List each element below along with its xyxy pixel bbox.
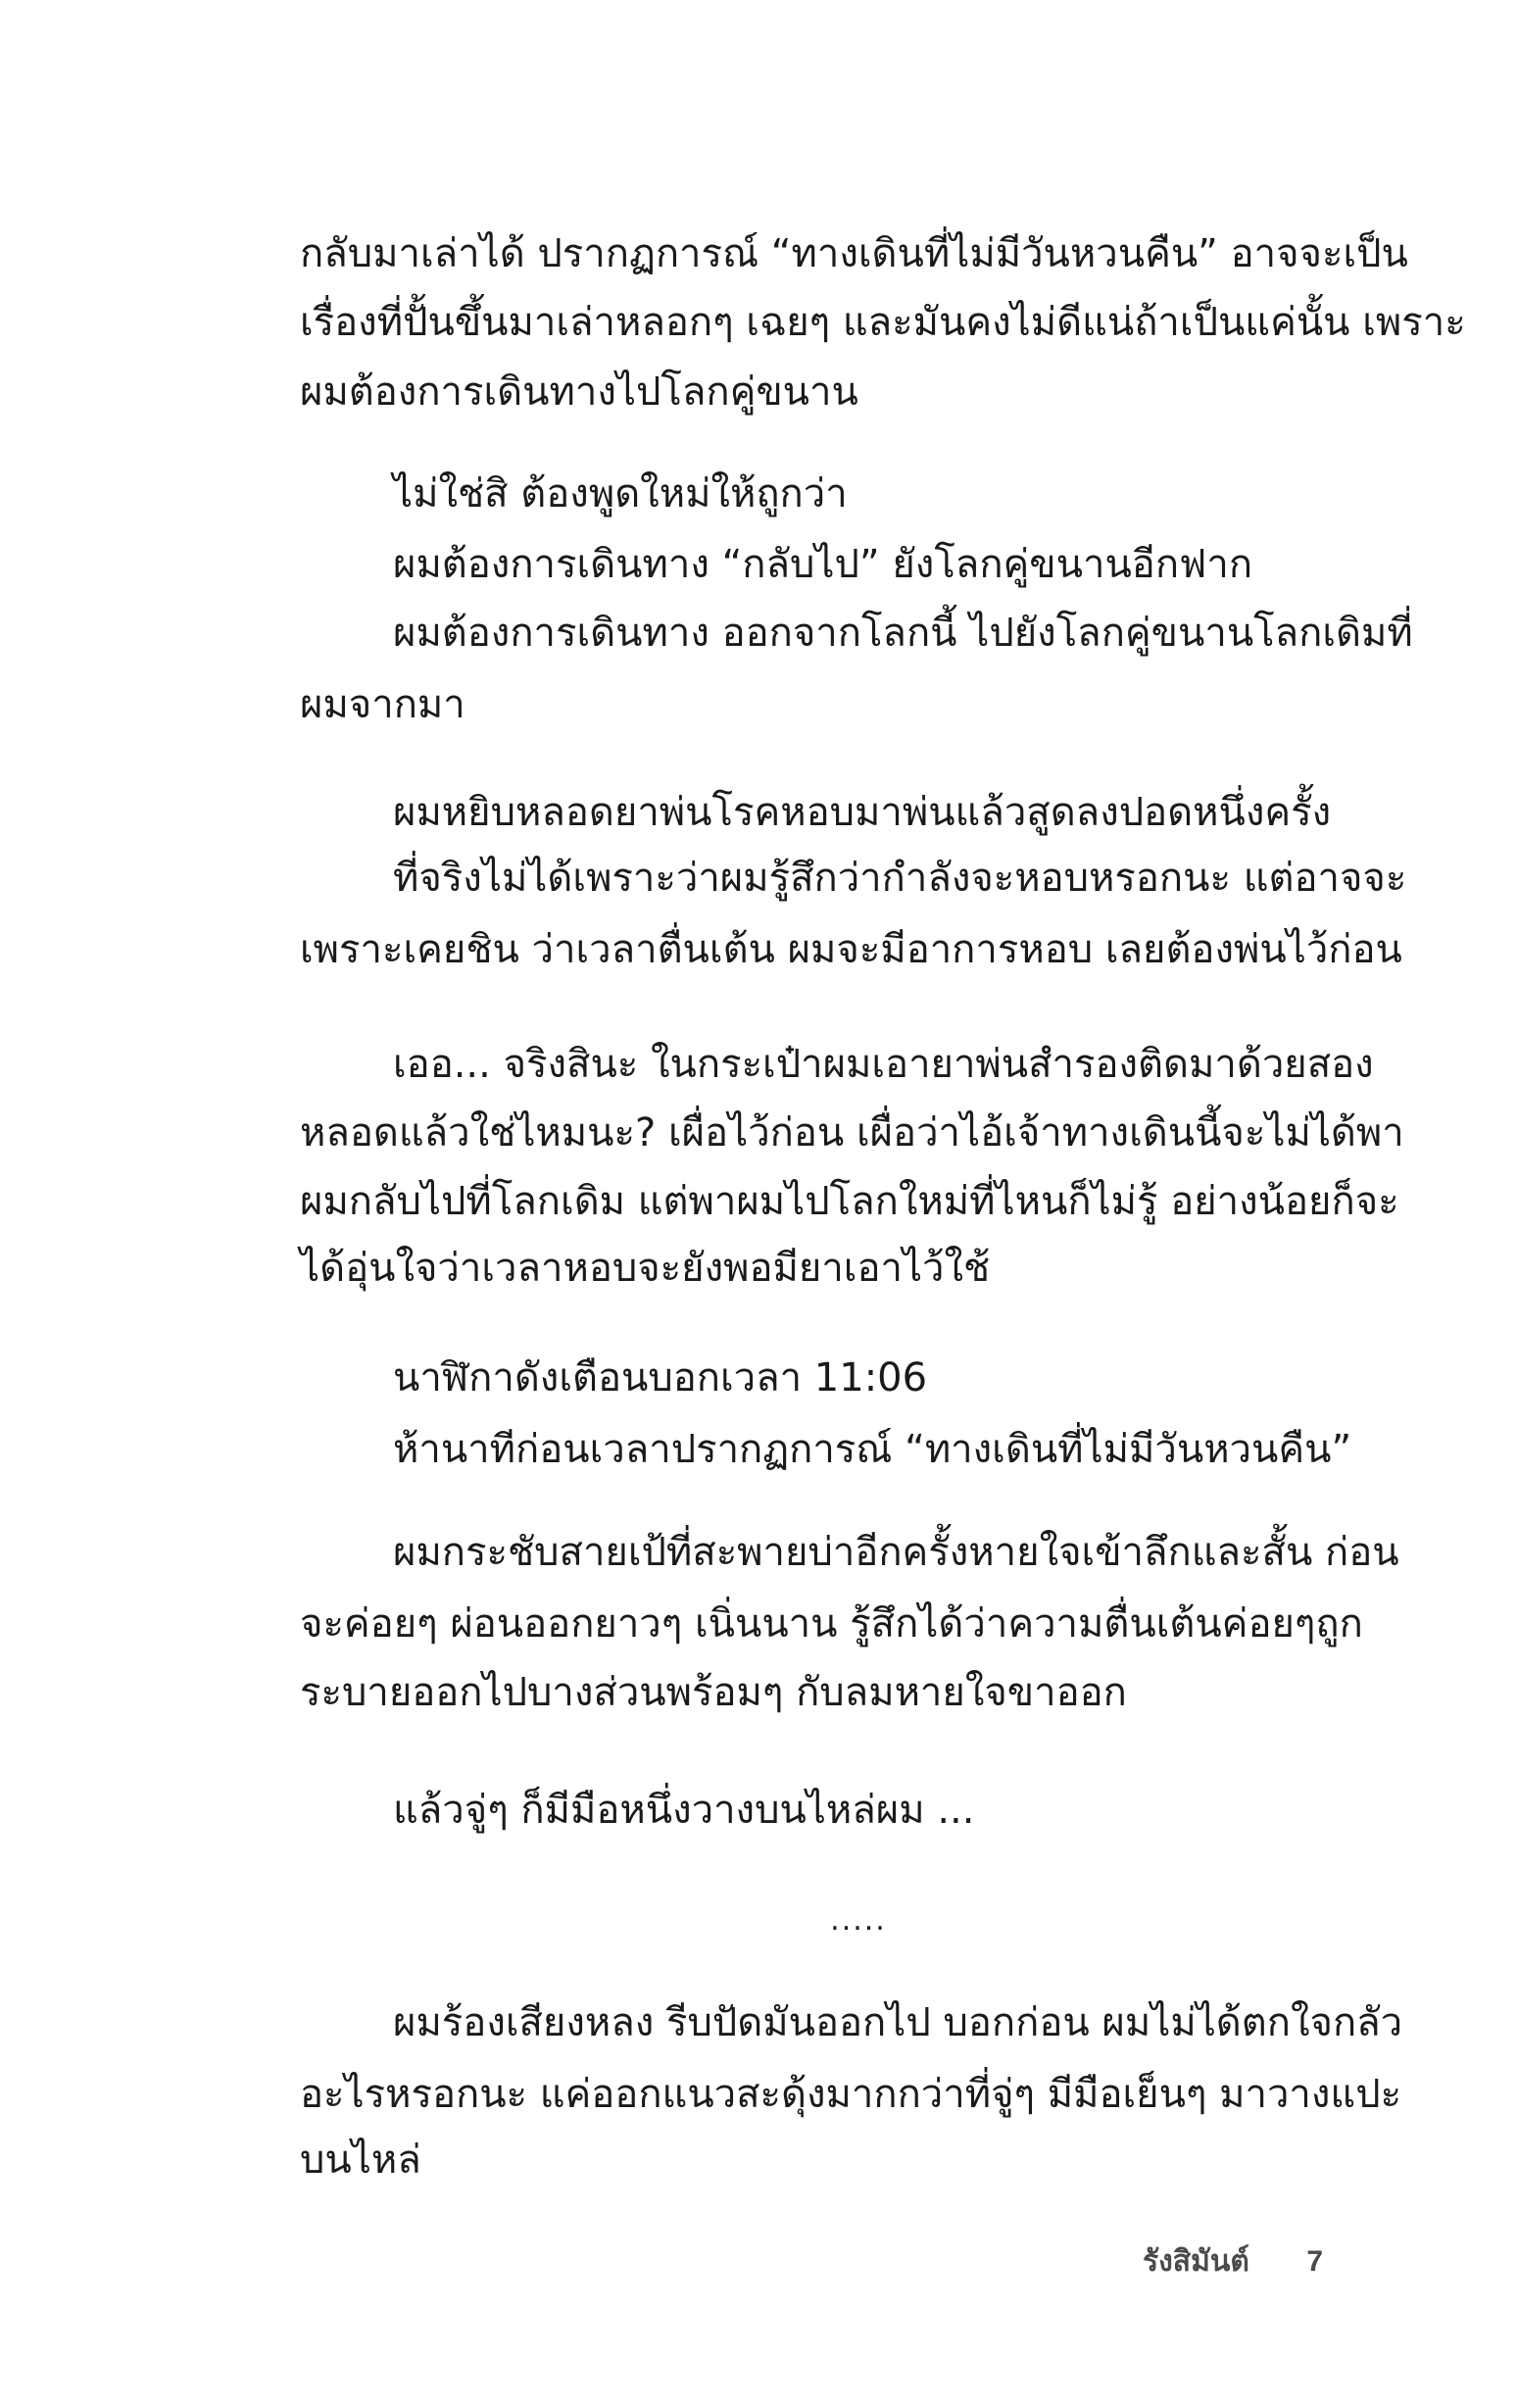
paragraph-4-line-2: หลอดแล้วใช่ไหมนะ? เผื่อไว้ก่อน เผื่อว่าไ… bbox=[300, 1104, 1321, 1162]
book-page: กลับมาเล่าได้ ปรากฏการณ์ “ทางเดินที่ไม่ม… bbox=[0, 0, 1517, 2408]
paragraph-6-line-3: ระบายออกไปบางส่วนพร้อมๆ กับลมหายใจขาออก bbox=[300, 1663, 1127, 1722]
paragraph-1-line-3: ผมต้องการเดินทางไปโลกคู่ขนาน bbox=[300, 363, 858, 421]
paragraph-4-line-4: ได้อุ่นใจว่าเวลาหอบจะยังพอมียาเอาไว้ใช้ bbox=[300, 1239, 990, 1298]
paragraph-8-line-1: ผมร้องเสียงหลง รีบปัดมันออกไป บอกก่อน ผม… bbox=[393, 1993, 1321, 2052]
paragraph-3-line-2: ที่จริงไม่ได้เพราะว่าผมรู้สึกว่ากำลังจะห… bbox=[393, 849, 1321, 908]
paragraph-6-line-2: จะค่อยๆ ผ่อนออกยาวๆ เนิ่นนาน รู้สึกได้ว่… bbox=[300, 1595, 1321, 1653]
paragraph-2-line-3: ผมต้องการเดินทาง ออกจากโลกนี้ ไปยังโลกคู… bbox=[393, 604, 1321, 663]
paragraph-3-line-1: ผมหยิบหลอดยาพ่นโรคหอบมาพ่นแล้วสูดลงปอดหน… bbox=[393, 783, 1331, 842]
paragraph-6-line-1: ผมกระชับสายเป้ที่สะพายบ่าอีกครั้งหายใจเข… bbox=[393, 1523, 1321, 1582]
paragraph-4-line-1: เออ... จริงสินะ ในกระเป๋าผมเอายาพ่นสำรอง… bbox=[393, 1035, 1321, 1094]
paragraph-4-line-3: ผมกลับไปที่โลกเดิม แต่พาผมไปโลกใหม่ที่ไห… bbox=[300, 1172, 1321, 1231]
book-title: รังสิมันต์ bbox=[1143, 2244, 1249, 2280]
paragraph-1-line-1: กลับมาเล่าได้ ปรากฏการณ์ “ทางเดินที่ไม่ม… bbox=[300, 224, 1321, 283]
paragraph-2-line-1: ไม่ใช่สิ ต้องพูดใหม่ให้ถูกว่า bbox=[393, 465, 848, 523]
paragraph-1-line-2: เรื่องที่ปั้นขึ้นมาเล่าหลอกๆ เฉยๆ และมัน… bbox=[300, 293, 1321, 352]
page-footer: รังสิมันต์ 7 bbox=[1143, 2244, 1323, 2280]
paragraph-5-line-1: นาฬิกาดังเตือนบอกเวลา 11:06 bbox=[393, 1349, 927, 1407]
paragraph-8-line-2: อะไรหรอกนะ แค่ออกแนวสะดุ้งมากกว่าที่จู่ๆ… bbox=[300, 2065, 1321, 2124]
paragraph-7-line-1: แล้วจู่ๆ ก็มีมือหนึ่งวางบนไหล่ผม ... bbox=[393, 1781, 974, 1840]
paragraph-8-line-3: บนไหล่ bbox=[300, 2131, 421, 2189]
paragraph-3-line-3: เพราะเคยชิน ว่าเวลาตื่นเต้น ผมจะมีอาการห… bbox=[300, 920, 1321, 979]
paragraph-5-line-2: ห้านาทีก่อนเวลาปรากฏการณ์ “ทางเดินที่ไม่… bbox=[393, 1420, 1351, 1479]
page-number: 7 bbox=[1306, 2244, 1323, 2280]
scene-separator: ..... bbox=[829, 1901, 888, 1941]
paragraph-2-line-4: ผมจากมา bbox=[300, 675, 465, 734]
paragraph-2-line-2: ผมต้องการเดินทาง “กลับไป” ยังโลกคู่ขนานอ… bbox=[393, 535, 1252, 594]
